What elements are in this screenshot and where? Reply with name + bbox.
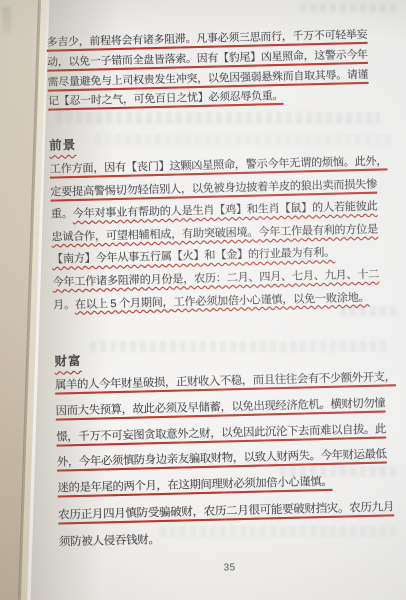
paragraph-continuation: 多吉少，前程将会有诸多阻滞。凡事必须三思而行，千万不可轻举妄动，以免一子错而全盘…	[46, 26, 369, 113]
section-heading-wealth: 财富	[54, 351, 81, 370]
underlined-text-segment: 【南方】今年从事五行属【火】和【金】的行业最为有利。	[52, 247, 335, 266]
paragraph-prospects: 工作方面，因有【丧门】这颗凶星照命，警示今年无谓的烦恼。此外，定要提高警惕切勿轻…	[50, 150, 391, 316]
underlined-text-segment: 今年工作诸多阻滞的月份是，农历：二月、四月、七月、九月、十二	[52, 269, 379, 289]
underlined-text-segment: 动，以免一子错而全盘皆落索。因有【豹尾】凶星照命，这警示今年	[47, 49, 368, 69]
bleed-through-text	[2, 7, 11, 34]
text-segment: 月。	[53, 299, 75, 312]
page-number: 35	[59, 558, 399, 577]
paragraph-lunar-months: 农历正月四月慎防受骗破财，农历二月很可能要破财挡灾。农历九月须防被人侵吞钱财。	[58, 493, 395, 555]
underlined-text-segment: 因而大失预算，故此必须及早储蓄，以免出现经济危机。横财切勿憧	[56, 397, 386, 417]
underlined-text-segment: 定要提高警惕切勿轻信别人，以免被身边披着羊皮的狼出卖而损失惨	[50, 178, 377, 198]
heading-text: 财富	[54, 354, 81, 369]
text-segment: 须防被人侵吞钱财。	[59, 533, 160, 548]
underlined-text-segment: 多吉少，前程将会有诸多阻滞。凡事必须三思而行，千万不可轻举妄	[47, 29, 368, 49]
section-heading-prospects: 前景	[49, 135, 76, 154]
text-segment: 重。	[51, 208, 73, 221]
underlined-text-segment: 记【忍一时之气，可免百日之忧】必须忍辱负重。	[48, 90, 283, 108]
underlined-text-segment: 工作方面，因有【丧门】这颗凶星照命，警示今年无谓的烦恼。此外，	[50, 155, 388, 175]
underlined-text-segment: 农历正月四月慎防受骗破财，农历二月很可能要破财挡灾。农历九月	[58, 500, 394, 521]
underlined-text-segment: 在以上 5 个月期间，工作必须加倍小心谨慎，以免一败涂地。	[75, 291, 370, 310]
paragraph-wealth: 属羊的人今年财星破损，正财收入不稳，而且往往会有不少额外开支，因而大失预算，故此…	[55, 365, 399, 502]
underlined-text-segment: 外，今年必须慎防身边亲友骗取财物，以致人财两失。今年财运最低	[57, 449, 387, 469]
underlined-text-segment: 今年对事业有帮助的人是生肖【鸡】和生肖【鼠】的人若能彼此	[73, 201, 378, 220]
underlined-text-segment: 忠诚合作，可望相辅相成，有助突破困境。今年工作最有利的方位是	[51, 223, 378, 243]
page-text-block: 多吉少，前程将会有诸多阻滞。凡事必须三思而行，千万不可轻举妄动，以免一子错而全盘…	[0, 0, 406, 600]
underlined-text-segment: 憬，千万不可妄图贪取意外之财，以免因此沉沦下去而难以自拔。此	[56, 423, 386, 443]
heading-text: 前景	[49, 138, 76, 153]
book-page-photo: 多吉少，前程将会有诸多阻滞。凡事必须三思而行，千万不可轻举妄动，以免一子错而全盘…	[0, 0, 406, 600]
underlined-text-segment: 属羊的人今年财星破损，正财收入不稳，而且往往会有不少额外开支，	[55, 371, 396, 391]
underlined-text-segment: 迷的是年尾的两个月，在这期间理财必须加倍小心谨慎。	[57, 476, 332, 495]
